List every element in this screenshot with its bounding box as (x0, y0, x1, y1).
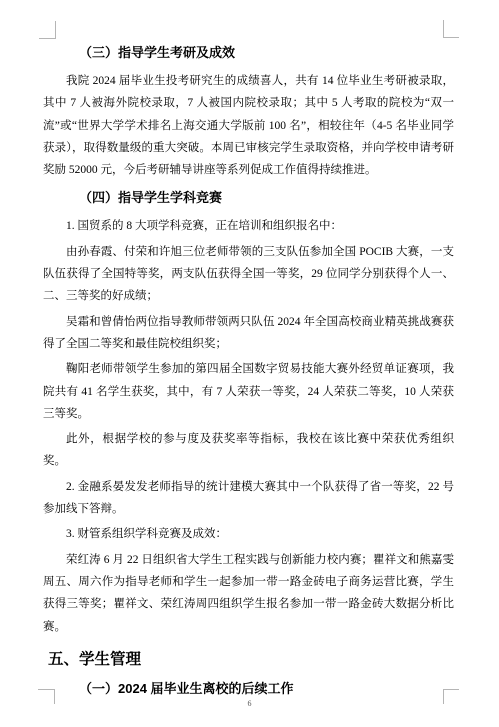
paragraph-business-elite-contest: 吴霜和曾倩怡两位指导教师带领两只队伍 2024 年全国高校商业精英挑战赛获得了全… (43, 311, 454, 356)
section-heading-graduates-followup: （一）2024 届毕业生离校的后续工作 (43, 678, 454, 700)
document-page: （三）指导学生考研及成效 我院 2024 届毕业生投考研究生的成绩喜人，共有 1… (0, 0, 499, 727)
section-heading-postgrad: （三）指导学生考研及成效 (43, 42, 454, 64)
paragraph-pocib-contest: 由孙春霞、付荣和许旭三位老师带领的三支队伍参加全国 POCIB 大赛，一支队伍获… (43, 241, 454, 308)
page-body: （三）指导学生考研及成效 我院 2024 届毕业生投考研究生的成绩喜人，共有 1… (0, 0, 499, 706)
paragraph-trade-dept-intro: 1. 国贸系的 8 大项学科竞赛，正在培训和组织报名中： (43, 215, 454, 237)
paragraph-organization-award: 此外，根据学校的参与度及获奖率等指标，我校在该比赛中荣获优秀组织奖。 (43, 428, 454, 473)
paragraph-accounting-dept-intro: 3. 财管系组织学科竞赛及成效： (43, 523, 454, 545)
paragraph-postgrad-results: 我院 2024 届毕业生投考研究生的成绩喜人，共有 14 位毕业生考研被录取，其… (43, 70, 454, 181)
page-number: 6 (0, 699, 499, 708)
paragraph-finance-dept-contest: 2. 金融系晏发发老师指导的统计建模大赛其中一个队获得了省一等奖，22 号参加线… (43, 476, 454, 521)
chapter-heading-student-management: 五、学生管理 (43, 648, 454, 672)
paragraph-accounting-dept-contests: 荣红涛 6 月 22 日组织省大学生工程实践与创新能力校内赛；瞿祥文和熊嘉雯周五… (43, 549, 454, 638)
paragraph-digital-trade-contest: 鞠阳老师带领学生参加的第四届全国数字贸易技能大赛外经贸单证赛项，我院共有 41 … (43, 358, 454, 425)
section-heading-competitions: （四）指导学生学科竞赛 (43, 187, 454, 209)
